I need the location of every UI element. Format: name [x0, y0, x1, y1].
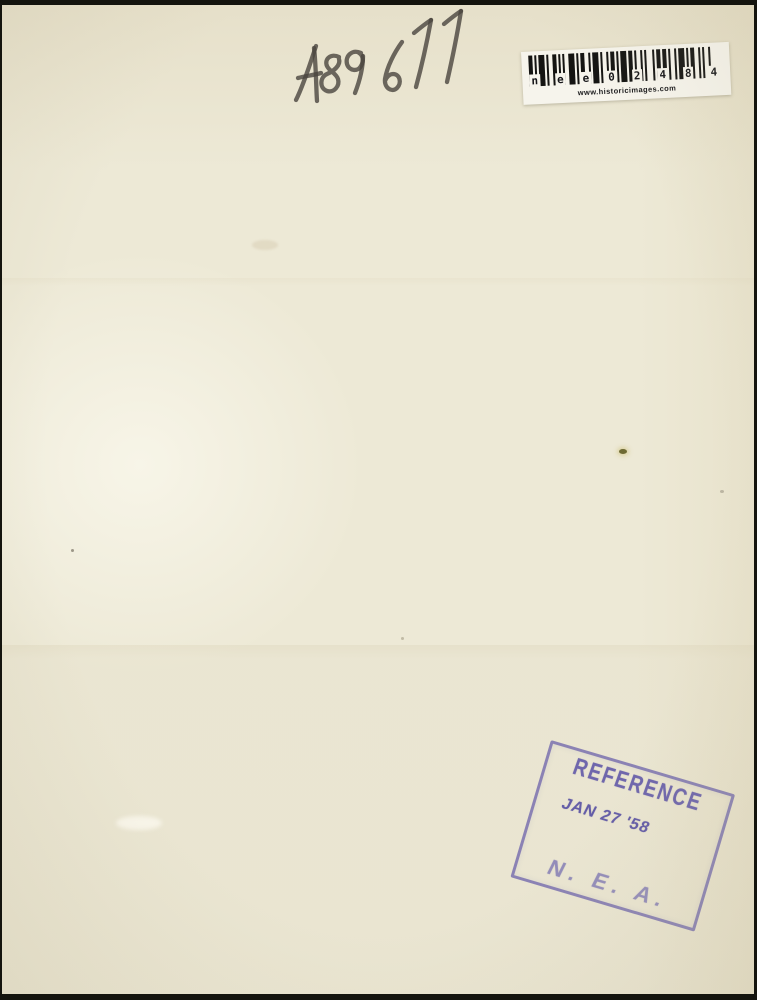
handwritten-id-text: A89677 [0, 0, 1, 1]
paper-smudge [252, 240, 278, 250]
photo-edge-top [0, 0, 757, 5]
photo-back-scan: A89677 nee02484 www.historicimages.com R… [0, 0, 757, 1000]
paper-shading-light-patch [0, 255, 360, 675]
paper-speck-olive [619, 449, 627, 454]
paper-speck [720, 490, 724, 493]
photo-edge-left [0, 0, 2, 1000]
stamp-line-date: JAN 27 '58 [558, 796, 653, 838]
stamp-line-nea: N. E. A. [543, 855, 674, 914]
paper-smudge-light [116, 816, 162, 830]
handwritten-id [283, 8, 493, 108]
photo-edge-bottom [0, 994, 757, 1000]
reference-stamp: REFERENCE JAN 27 '58 N. E. A. [510, 740, 735, 932]
paper-speck [71, 549, 74, 552]
barcode-sticker: nee02484 www.historicimages.com [521, 42, 731, 105]
paper-shading-band [0, 278, 757, 286]
paper-speck [401, 637, 404, 640]
